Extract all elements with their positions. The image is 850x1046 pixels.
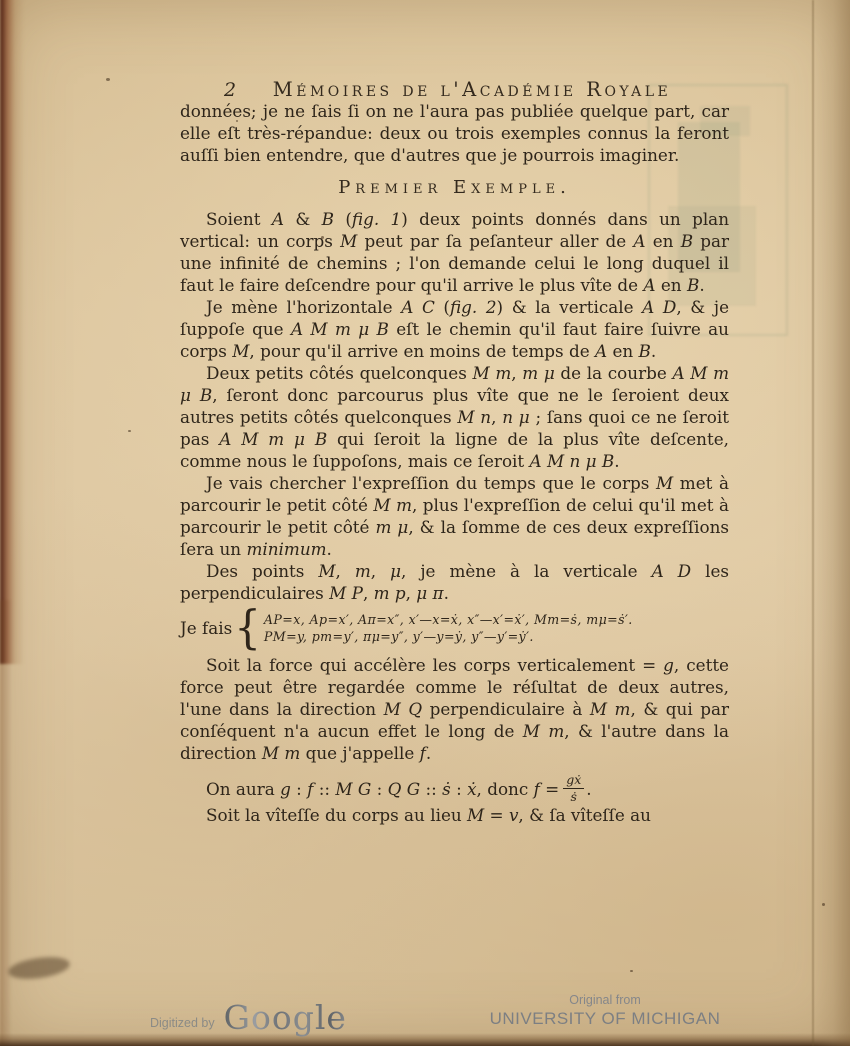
google-logo: Google <box>224 998 347 1037</box>
digitization-credit: Digitized by Google <box>150 998 347 1037</box>
book-binding-shadow-lower <box>0 600 12 1046</box>
book-binding-shadow <box>0 0 24 664</box>
paper-speck <box>630 970 633 972</box>
equation-line-2: PM=y, pm=y′, πμ=y″, y′—y=ẏ, y″—y′=ẏ′. <box>264 628 633 645</box>
section-heading: Premier Exemple. <box>180 177 729 199</box>
equation-line-1: AP=x, Ap=x′, Aπ=x″, x′—x=ẋ, x″—x′=ẋ′, Mm… <box>264 611 633 628</box>
proportion-line: On aura g : f :: M G : Q G :: ṡ : ẋ, don… <box>180 773 729 804</box>
digitized-by-label: Digitized by <box>150 1016 215 1030</box>
page-header: 2 Mémoires de l'Académie Royale <box>180 78 728 102</box>
ink-smudge <box>7 954 71 982</box>
equation-system: Je fais { AP=x, Ap=x′, Aπ=x″, x′—x=ẋ, x″… <box>180 608 729 648</box>
scanned-book-page: 2 Mémoires de l'Académie Royale données;… <box>0 0 850 1046</box>
equation-lines: AP=x, Ap=x′, Aπ=x″, x′—x=ẋ, x″—x′=ẋ′, Mm… <box>264 611 633 645</box>
page-right-edge-shadow <box>812 0 850 1046</box>
institution-label: UNIVERSITY OF MICHIGAN <box>480 1009 730 1029</box>
paragraph-je-mene: Je mène l'horizontale A C (fig. 2) & la … <box>180 296 729 362</box>
paragraph-des-points: Des points M, m, μ, je mène à la vertica… <box>180 560 729 604</box>
source-credit: Original from UNIVERSITY OF MICHIGAN <box>480 993 730 1029</box>
proportion-text: On aura g : f :: M G : Q G :: ṡ : ẋ, don… <box>206 778 559 800</box>
page-right-edge-line <box>812 0 814 1046</box>
paper-speck <box>106 78 110 81</box>
paper-speck <box>128 430 131 432</box>
equation-label: Je fais <box>180 617 232 639</box>
fraction: gẋ ṡ <box>563 773 584 804</box>
original-from-label: Original from <box>480 993 730 1007</box>
paragraph-intro: données; je ne ſais ſi on ne l'aura pas … <box>180 100 729 166</box>
paper-speck <box>822 903 825 906</box>
fraction-numerator: gẋ <box>563 773 584 789</box>
paragraph-je-vais: Je vais chercher l'expreſſion du temps q… <box>180 472 729 560</box>
paragraph-soit-force: Soit la force qui accélère les corps ver… <box>180 654 729 764</box>
paragraph-deux-petits: Deux petits côtés quelconques M m, m μ d… <box>180 362 729 472</box>
page-bottom-edge-shadow <box>0 1033 850 1046</box>
proportion-period: . <box>586 778 591 800</box>
paragraph-soit-vitesse: Soit la vîteſſe du corps au lieu M = v, … <box>180 804 729 826</box>
fraction-denominator: ṡ <box>571 789 577 804</box>
paragraph-soient: Soient A & B (fig. 1) deux points donnés… <box>180 208 729 296</box>
body-text-column: données; je ne ſais ſi on ne l'aura pas … <box>180 100 729 826</box>
brace-glyph: { <box>234 606 261 649</box>
running-title: Mémoires de l'Académie Royale <box>180 78 728 101</box>
